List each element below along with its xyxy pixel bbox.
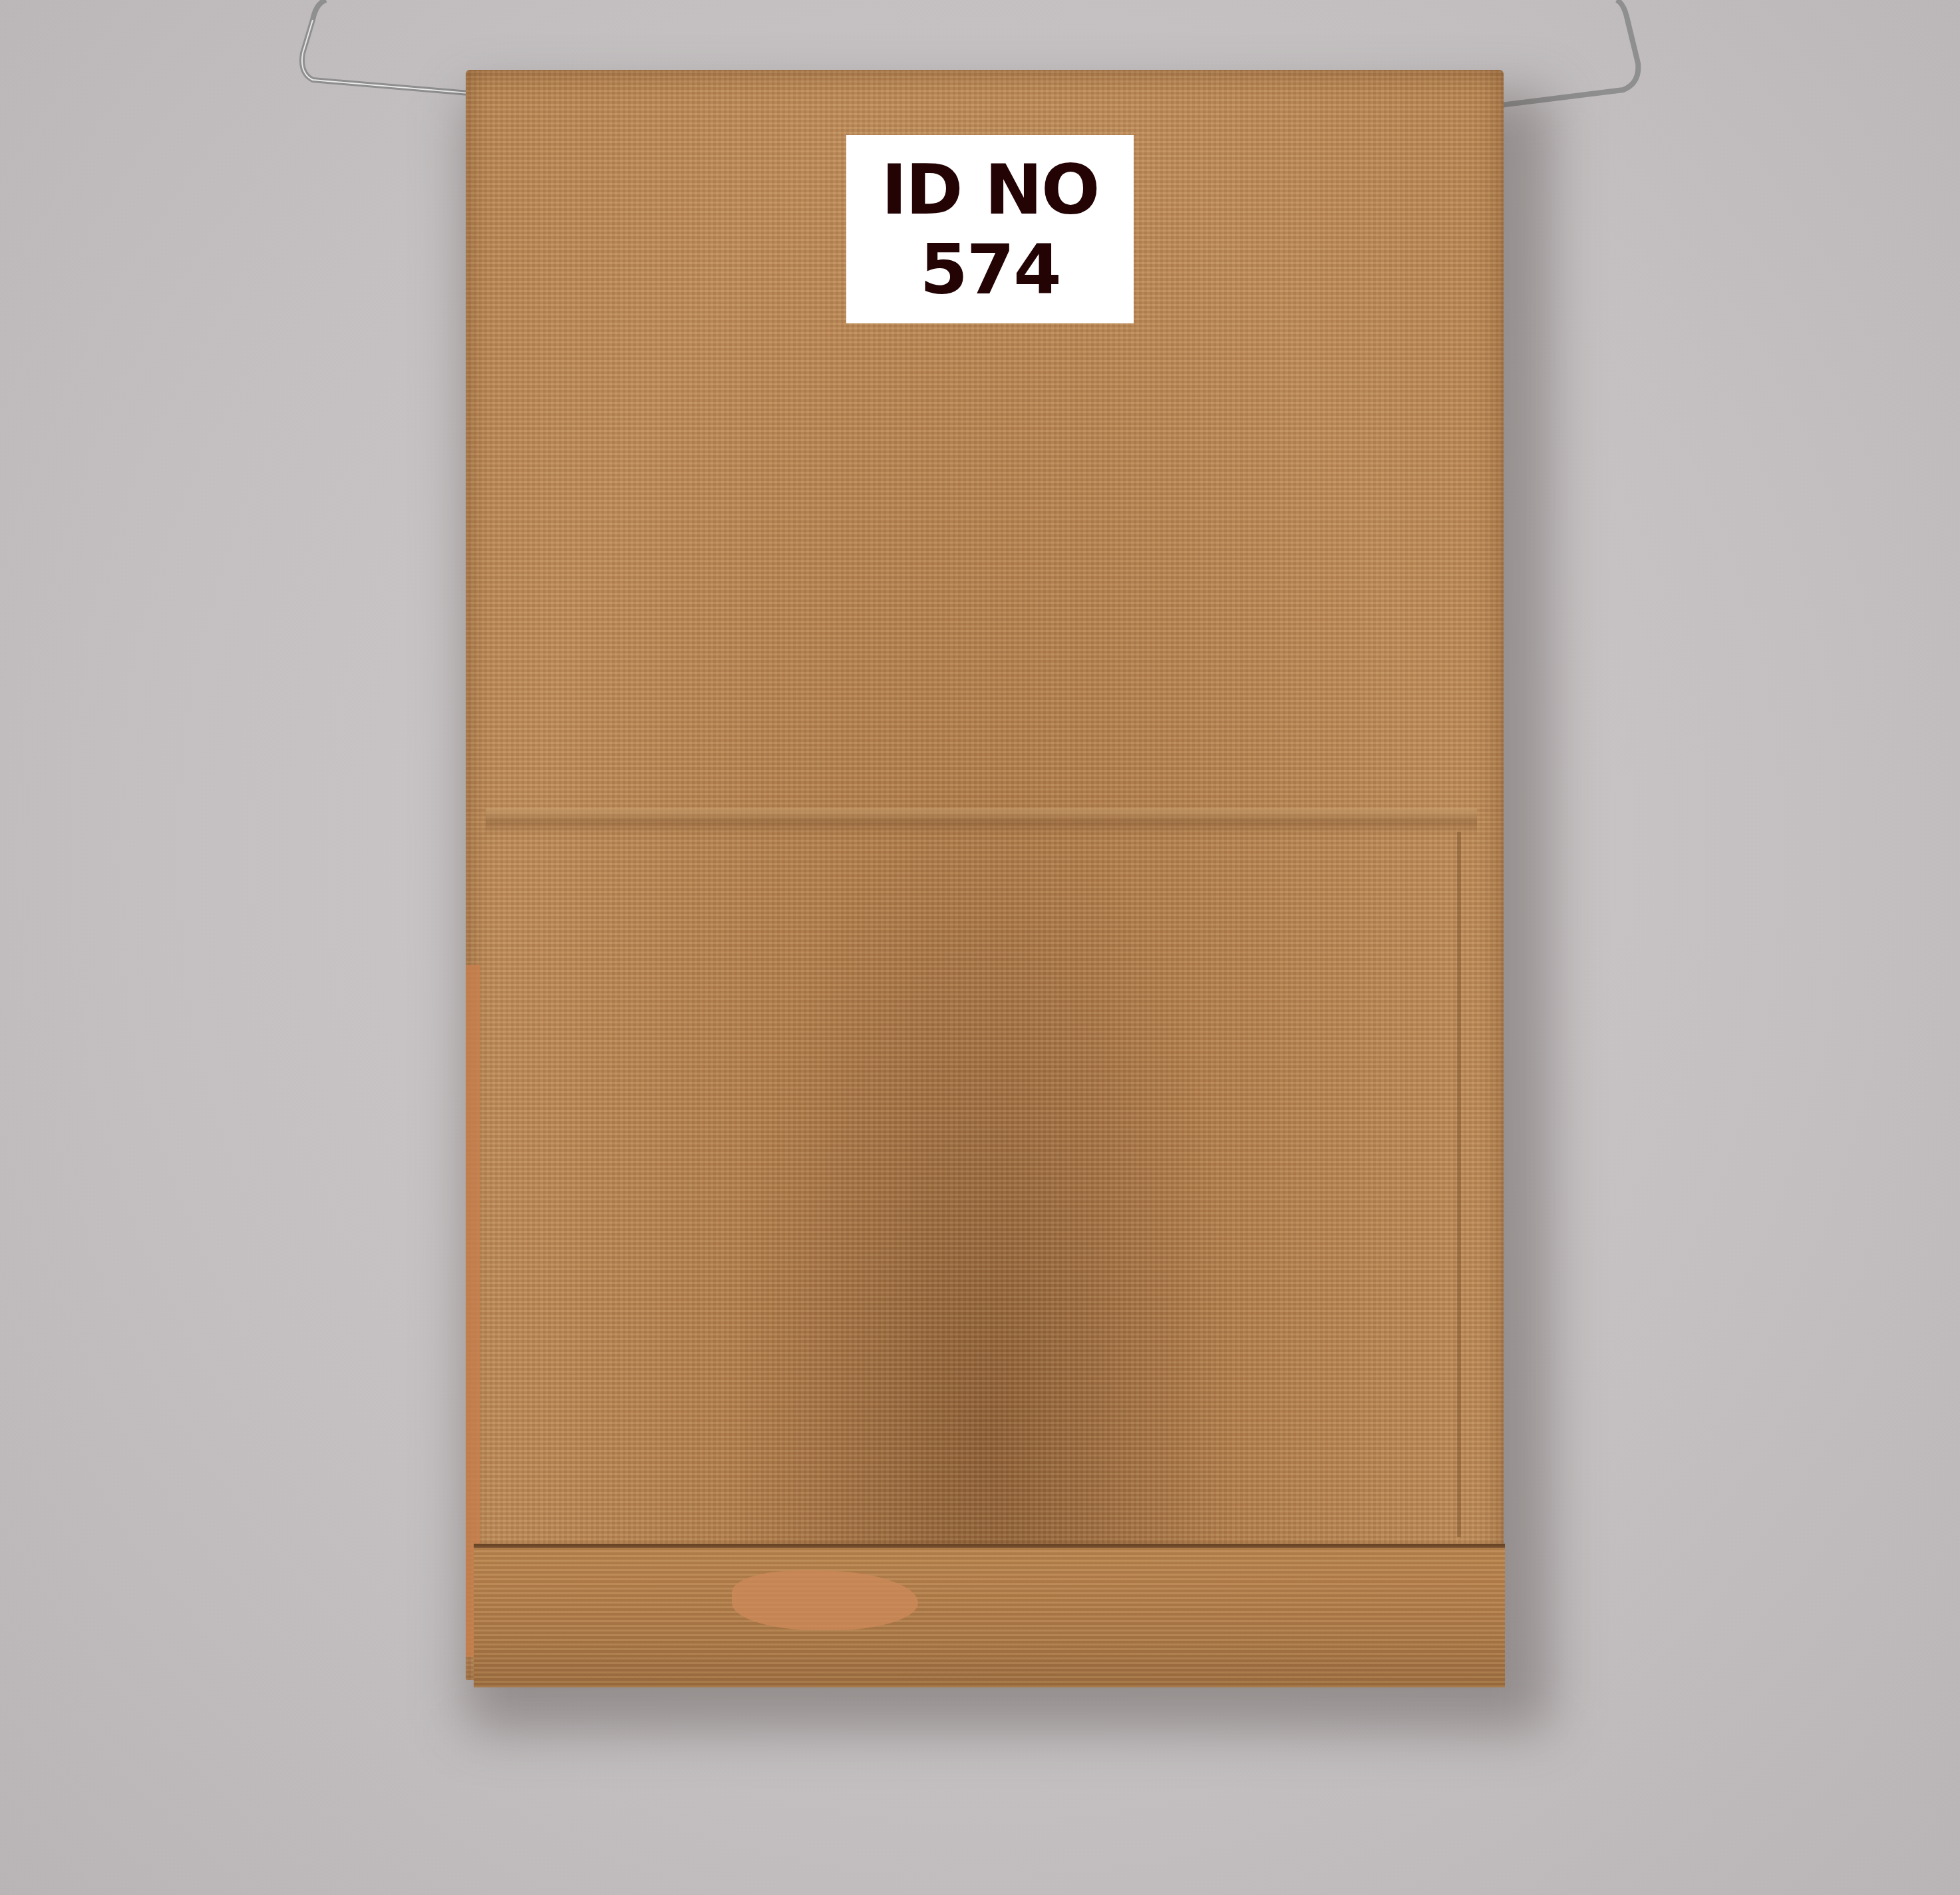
sack-bottom-fold: [474, 1544, 1505, 1687]
id-label-title: ID NO: [882, 150, 1099, 230]
sack-inner-panel: [492, 832, 1461, 1537]
sack-fold: [486, 808, 1477, 835]
id-label: ID NO 574: [846, 135, 1134, 323]
id-label-number: 574: [919, 230, 1060, 309]
